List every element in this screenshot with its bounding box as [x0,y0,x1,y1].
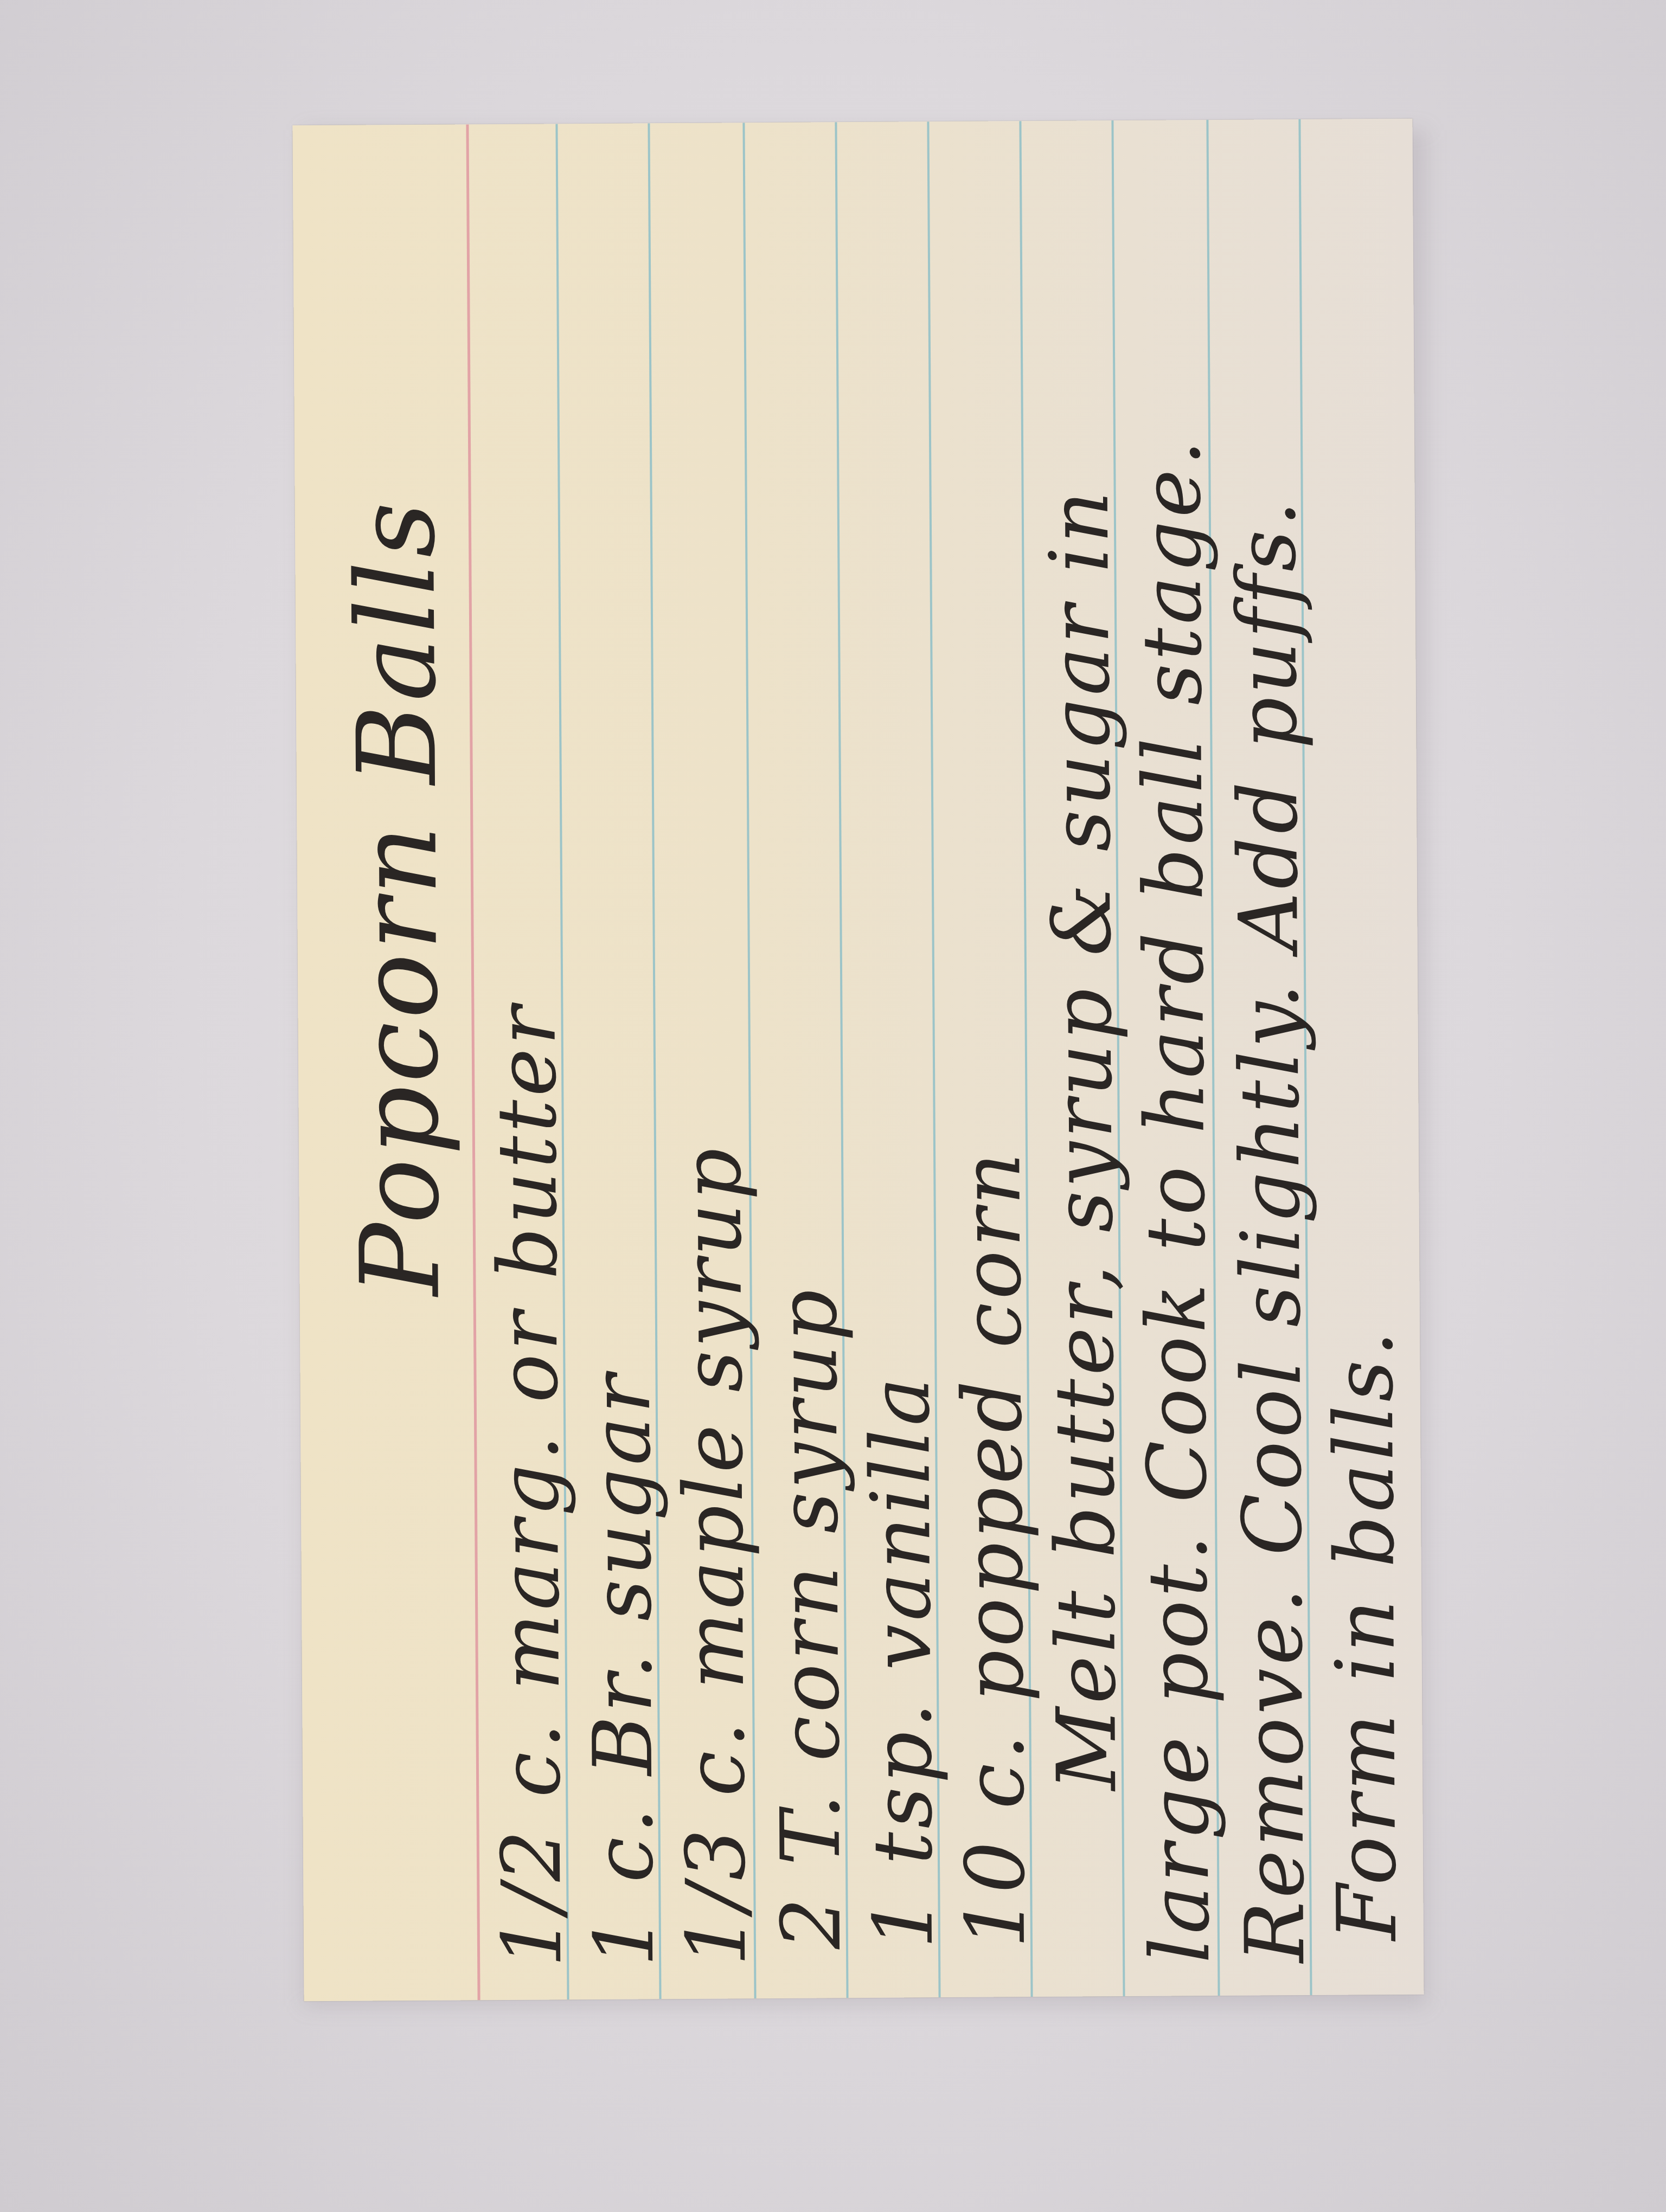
handwriting-layer: Popcorn Balls 1/2 c. marg. or butter 1 c… [292,119,1424,2002]
ingredient-line: 1 tsp. vanilla [854,1374,951,1949]
direction-line: Remove. Cool slightly. Add puffs. [1220,497,1323,1963]
direction-line: Melt butter, syrup & sugar in [1033,487,1135,1791]
ingredient-line: 1/2 c. marg. or butter [479,1003,580,1968]
recipe-index-card: Popcorn Balls 1/2 c. marg. or butter 1 c… [292,119,1424,2002]
ingredient-line: 10 c. popped corn [944,1149,1043,1949]
ingredient-line: 2 T. corn syrup [761,1286,859,1950]
direction-line: Form in balls. [1317,1328,1415,1941]
ingredient-line: 1/3 c. maple syrup [665,1144,764,1966]
direction-line: large pot. Cook to hard ball stage. [1124,436,1228,1963]
recipe-title: Popcorn Balls [333,498,464,1296]
ingredient-line: 1 c. Br. sugar [574,1371,672,1967]
